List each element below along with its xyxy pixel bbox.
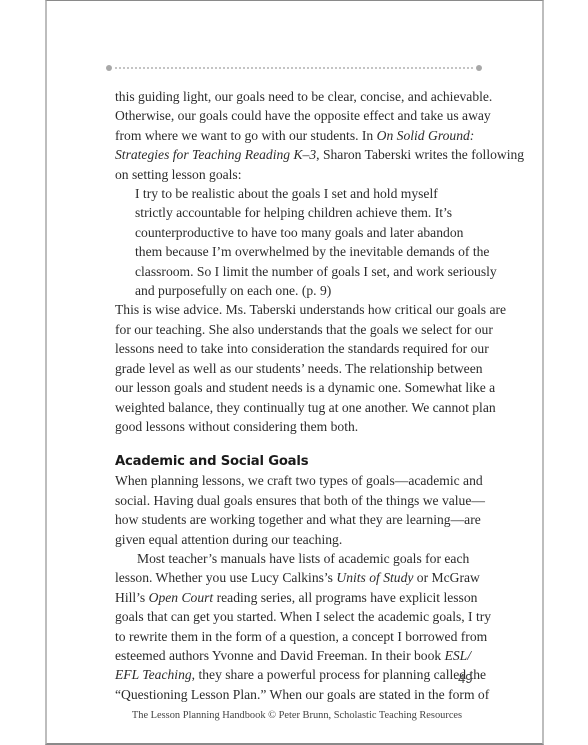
quote-line: strictly accountable for helping childre… bbox=[135, 203, 475, 222]
text-line: social. Having dual goals ensures that b… bbox=[115, 491, 475, 510]
text-line: When planning lessons, we craft two type… bbox=[115, 471, 475, 490]
text-line: our lesson goals and student needs is a … bbox=[115, 378, 475, 397]
text-span: from where we want to go with our studen… bbox=[115, 128, 377, 143]
text-span: Hill’s bbox=[115, 590, 149, 605]
text-line: Otherwise, our goals could have the oppo… bbox=[115, 106, 475, 125]
book-title: Strategies for Teaching Reading K–3 bbox=[115, 147, 316, 162]
text-line: EFL Teaching, they share a powerful proc… bbox=[115, 665, 475, 684]
book-title: On Solid Ground: bbox=[377, 128, 475, 143]
quote-line: classroom. So I limit the number of goal… bbox=[135, 262, 475, 281]
ornament-dot-icon bbox=[476, 65, 482, 71]
text-span: reading series, all programs have explic… bbox=[213, 590, 477, 605]
text-line: how students are working together and wh… bbox=[115, 510, 475, 529]
quote-line: them because I’m overwhelmed by the inev… bbox=[135, 242, 475, 261]
text-span: lesson. Whether you use Lucy Calkins’s bbox=[115, 570, 336, 585]
text-line: lessons need to take into consideration … bbox=[115, 339, 475, 358]
ornament-dot-icon bbox=[106, 65, 112, 71]
text-span: or McGraw bbox=[413, 570, 479, 585]
quote-line: I try to be realistic about the goals I … bbox=[135, 184, 475, 203]
text-line: for our teaching. She also understands t… bbox=[115, 320, 475, 339]
text-line: Most teacher’s manuals have lists of aca… bbox=[115, 549, 475, 568]
text-line: to rewrite them in the form of a questio… bbox=[115, 627, 475, 646]
quote-line: and purposefully on each one. (p. 9) bbox=[135, 281, 475, 300]
dotted-rule bbox=[115, 67, 473, 69]
section-heading: Academic and Social Goals bbox=[115, 453, 475, 471]
text-line: weighted balance, they continually tug a… bbox=[115, 398, 475, 417]
block-quote: I try to be realistic about the goals I … bbox=[115, 184, 475, 300]
text-span: , they share a powerful process for plan… bbox=[192, 667, 486, 682]
text-line: this guiding light, our goals need to be… bbox=[115, 87, 475, 106]
text-line: grade level as well as our students’ nee… bbox=[115, 359, 475, 378]
page-number: 49 bbox=[458, 671, 472, 686]
text-line: from where we want to go with our studen… bbox=[115, 126, 475, 145]
quote-line: counterproductive to have too many goals… bbox=[135, 223, 475, 242]
page-body: this guiding light, our goals need to be… bbox=[115, 87, 475, 704]
book-title: EFL Teaching bbox=[115, 667, 192, 682]
text-line: Strategies for Teaching Reading K–3, Sha… bbox=[115, 145, 475, 164]
text-line: goals that can get you started. When I s… bbox=[115, 607, 475, 626]
text-line: given equal attention during our teachin… bbox=[115, 530, 475, 549]
text-span: , Sharon Taberski writes the following bbox=[316, 147, 524, 162]
book-title: Units of Study bbox=[336, 570, 413, 585]
book-title: ESL/ bbox=[445, 648, 471, 663]
text-line: “Questioning Lesson Plan.” When our goal… bbox=[115, 685, 475, 704]
page-footer: The Lesson Planning Handbook © Peter Bru… bbox=[0, 710, 588, 721]
book-title: Open Court bbox=[149, 590, 214, 605]
text-line: on setting lesson goals: bbox=[115, 165, 475, 184]
decorative-divider bbox=[106, 64, 482, 72]
text-line: good lessons without considering them bo… bbox=[115, 417, 475, 436]
text-span: esteemed authors Yvonne and David Freema… bbox=[115, 648, 445, 663]
text-line: lesson. Whether you use Lucy Calkins’s U… bbox=[115, 568, 475, 587]
text-line: Hill’s Open Court reading series, all pr… bbox=[115, 588, 475, 607]
text-line: esteemed authors Yvonne and David Freema… bbox=[115, 646, 475, 665]
text-line: This is wise advice. Ms. Taberski unders… bbox=[115, 300, 475, 319]
